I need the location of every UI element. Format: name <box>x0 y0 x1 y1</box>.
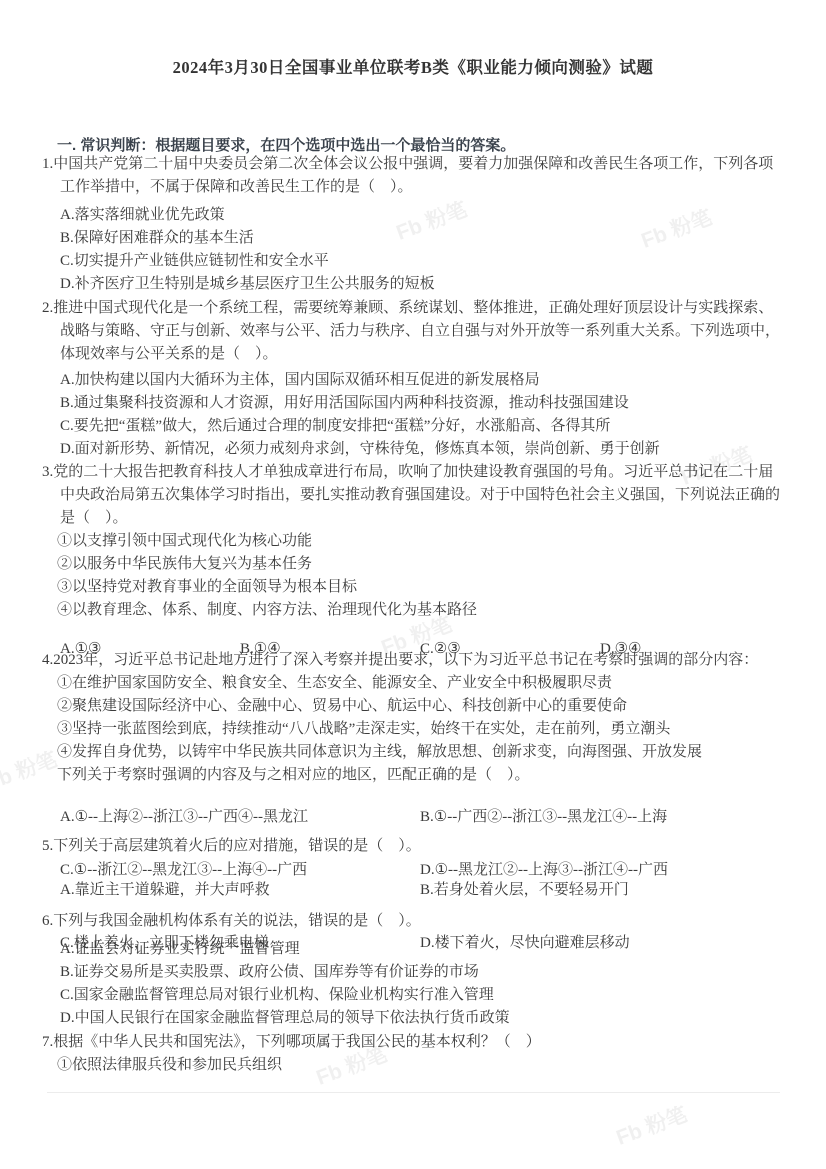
option-b: B.若身处着火层，不要轻易开门 <box>420 879 780 902</box>
question-number: 6. <box>42 913 53 929</box>
option-d: D.面对新形势、新情况，必须力戒刻舟求剑，守株待兔，修炼真本领，崇尚创新、勇于创… <box>60 438 782 461</box>
option-a: A.加快构建以国内大循环为主体，国内国际双循环相互促进的新发展格局 <box>60 369 782 392</box>
subitem-4: ④以教育理念、体系、制度、内容方法、治理现代化为基本路径 <box>57 599 782 622</box>
option-c: C.要先把“蛋糕”做大，然后通过合理的制度安排把“蛋糕”分好，水涨船高、各得其所 <box>60 415 782 438</box>
options-list: A.证监会对证券业实行统一监督管理 B.证券交易所是买卖股票、政府公债、国库券等… <box>60 938 782 1030</box>
exam-paper-page: Fb 粉笔 Fb 粉笔 Fb 粉笔 Fb 粉笔 Fb 粉笔 Fb 粉笔 Fb 粉… <box>0 0 826 1169</box>
question-stem-text: 根据《中华人民共和国宪法》，下列哪项属于我国公民的基本权利？（ ） <box>53 1034 541 1050</box>
subitem-list: ①以支撑引领中国式现代化为核心功能 ②以服务中华民族伟大复兴为基本任务 ③以坚持… <box>57 530 782 622</box>
subitem-3: ③坚持一张蓝图绘到底，持续推动“八八战略”走深走实，始终干在实处，走在前列，勇立… <box>57 718 782 741</box>
question-stem-text: 下列与我国金融机构体系有关的说法，错误的是（ ）。 <box>53 913 421 929</box>
option-a: A.落实落细就业优先政策 <box>60 204 782 227</box>
option-a: A.证监会对证券业实行统一监督管理 <box>60 938 782 961</box>
option-d: D.中国人民银行在国家金融监督管理总局的领导下依法执行货币政策 <box>60 1007 782 1030</box>
question-stem-text: 下列关于高层建筑着火后的应对措施，错误的是（ ）。 <box>53 838 421 854</box>
page-divider <box>47 1092 780 1093</box>
option-c: C.国家金融监督管理总局对银行业机构、保险业机构实行准入管理 <box>60 984 782 1007</box>
option-b: B.通过集聚科技资源和人才资源，用好用活国际国内两种科技资源，推动科技强国建设 <box>60 392 782 415</box>
options-list: A.落实落细就业优先政策 B.保障好困难群众的基本生活 C.切实提升产业链供应链… <box>60 204 782 296</box>
question-number: 2. <box>42 300 53 316</box>
question-stem: 6.下列与我国金融机构体系有关的说法，错误的是（ ）。 <box>42 910 782 933</box>
option-b: B.证券交易所是买卖股票、政府公债、国库券等有价证券的市场 <box>60 961 782 984</box>
subitem-list: ①在维护国家国防安全、粮食安全、生态安全、能源安全、产业安全中积极履职尽责 ②聚… <box>57 672 782 764</box>
question-stem-text: 推进中国式现代化是一个系统工程，需要统筹兼顾、系统谋划、整体推进，正确处理好顶层… <box>53 300 780 362</box>
question-number: 7. <box>42 1034 53 1050</box>
question-stem: 3.党的二十大报告把教育科技人才单独成章进行布局，吹响了加快建设教育强国的号角。… <box>42 461 782 530</box>
option-a: A.①--上海②--浙江③--广西④--黑龙江 <box>60 806 420 829</box>
question-number: 5. <box>42 838 53 854</box>
question-number: 1. <box>42 156 53 172</box>
question-7: 7.根据《中华人民共和国宪法》，下列哪项属于我国公民的基本权利？（ ） ①依照法… <box>42 1031 782 1077</box>
subitem-4: ④发挥自身优势，以铸牢中华民族共同体意识为主线，解放思想、创新求变，向海图强、开… <box>57 741 782 764</box>
option-c: C.切实提升产业链供应链韧性和安全水平 <box>60 250 782 273</box>
subitem-1: ①依照法律服兵役和参加民兵组织 <box>57 1054 782 1077</box>
question-stem: 5.下列关于高层建筑着火后的应对措施，错误的是（ ）。 <box>42 835 782 858</box>
question-stem-text: 2023年，习近平总书记赴地方进行了深入考察并提出要求，以下为习近平总书记在考察… <box>53 652 758 668</box>
option-b: B.①--广西②--浙江③--黑龙江④--上海 <box>420 806 780 829</box>
subitem-3: ③以坚持党对教育事业的全面领导为根本目标 <box>57 576 782 599</box>
subitem-1: ①以支撑引领中国式现代化为核心功能 <box>57 530 782 553</box>
question-2: 2.推进中国式现代化是一个系统工程，需要统筹兼顾、系统谋划、整体推进，正确处理好… <box>42 297 782 461</box>
question-number: 4. <box>42 652 53 668</box>
subitem-2: ②聚焦建设国际经济中心、金融中心、贸易中心、航运中心、科技创新中心的重要使命 <box>57 695 782 718</box>
page-title: 2024年3月30日全国事业单位联考B类《职业能力倾向测验》试题 <box>0 56 826 79</box>
subitem-1: ①在维护国家国防安全、粮食安全、生态安全、能源安全、产业安全中积极履职尽责 <box>57 672 782 695</box>
question-post-stem: 下列关于考察时强调的内容及与之相对应的地区，匹配正确的是（ ）。 <box>57 764 782 787</box>
question-6: 6.下列与我国金融机构体系有关的说法，错误的是（ ）。 A.证监会对证券业实行统… <box>42 910 782 1030</box>
question-number: 3. <box>42 464 53 480</box>
option-a: A.靠近主干道躲避，并大声呼救 <box>60 879 420 902</box>
question-stem: 2.推进中国式现代化是一个系统工程，需要统筹兼顾、系统谋划、整体推进，正确处理好… <box>42 297 782 366</box>
question-stem: 7.根据《中华人民共和国宪法》，下列哪项属于我国公民的基本权利？（ ） <box>42 1031 782 1054</box>
subitem-list: ①依照法律服兵役和参加民兵组织 <box>57 1054 782 1077</box>
question-stem: 4.2023年，习近平总书记赴地方进行了深入考察并提出要求，以下为习近平总书记在… <box>42 649 782 672</box>
question-stem-text: 中国共产党第二十届中央委员会第二次全体会议公报中强调，要着力加强保障和改善民生各… <box>53 156 773 195</box>
question-stem-text: 党的二十大报告把教育科技人才单独成章进行布局，吹响了加快建设教育强国的号角。习近… <box>53 464 780 526</box>
option-b: B.保障好困难群众的基本生活 <box>60 227 782 250</box>
option-d: D.补齐医疗卫生特别是城乡基层医疗卫生公共服务的短板 <box>60 273 782 296</box>
subitem-2: ②以服务中华民族伟大复兴为基本任务 <box>57 553 782 576</box>
question-3: 3.党的二十大报告把教育科技人才单独成章进行布局，吹响了加快建设教育强国的号角。… <box>42 461 782 676</box>
watermark: Fb 粉笔 <box>613 1103 690 1150</box>
question-stem: 1.中国共产党第二十届中央委员会第二次全体会议公报中强调，要着力加强保障和改善民… <box>42 153 782 199</box>
options-list: A.加快构建以国内大循环为主体，国内国际双循环相互促进的新发展格局 B.通过集聚… <box>60 369 782 461</box>
question-1: 1.中国共产党第二十届中央委员会第二次全体会议公报中强调，要着力加强保障和改善民… <box>42 153 782 296</box>
